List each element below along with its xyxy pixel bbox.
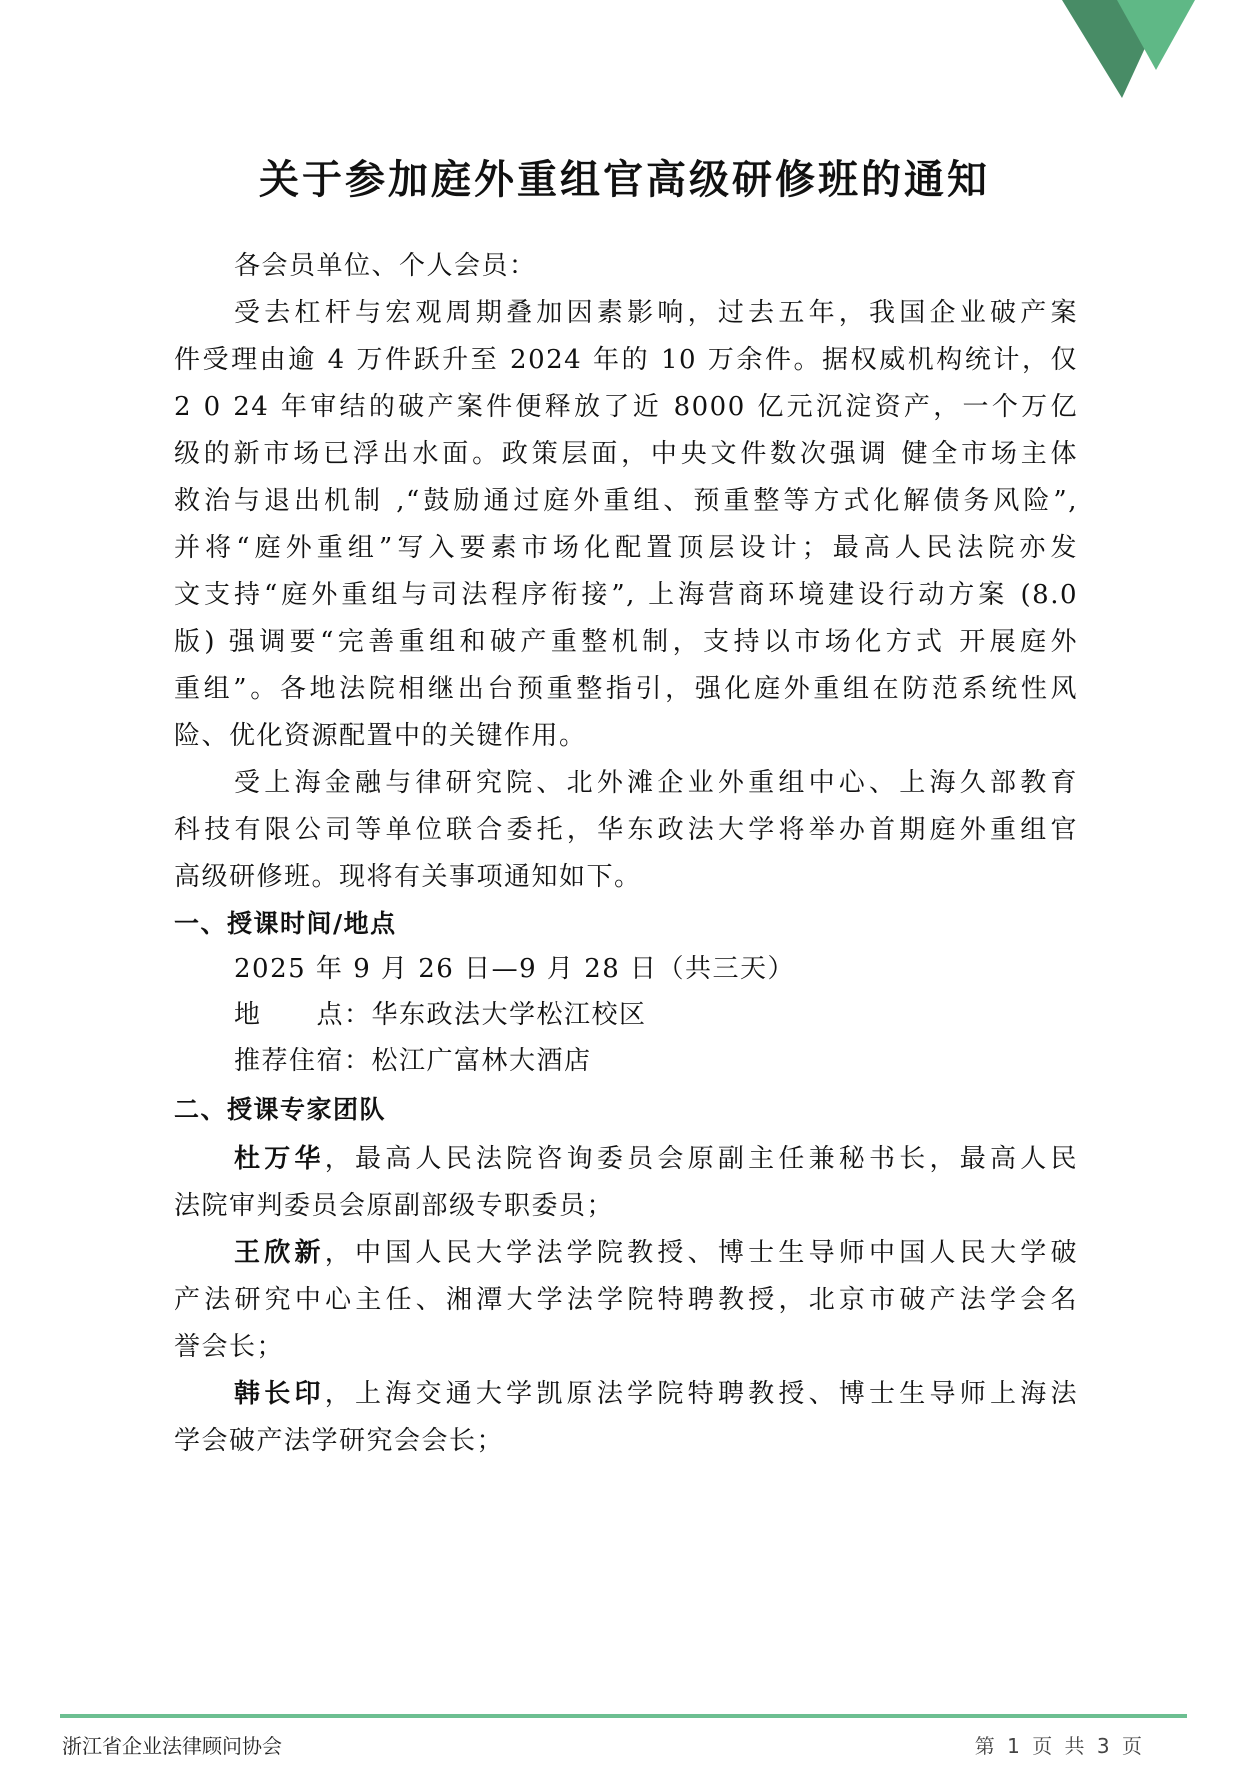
paragraph-1-line: 险、优化资源配置中的关键作用。 (174, 719, 1078, 753)
light-triangle-icon (1117, 0, 1195, 70)
paragraph-1-line: 版) 强调要“完善重组和破产重整机制，支持以市场化方式 开展庭外 (174, 625, 1078, 659)
course-dates: 2025 年 9 月 26 日—9 月 28 日（共三天） (234, 952, 1078, 986)
section-2-heading: 二、授课专家团队 (174, 1093, 1078, 1127)
expert-entry: 韩长印，上海交通大学凯原法学院特聘教授、博士生导师上海法 (234, 1377, 1078, 1411)
expert-entry: 杜万华，最高人民法院咨询委员会原副主任兼秘书长，最高人民 (234, 1142, 1078, 1176)
paragraph-2-line: 高级研修班。现将有关事项通知如下。 (174, 860, 1078, 894)
hotel-label: 推荐住宿： (234, 1046, 372, 1076)
page-number: 第 1 页 共 3 页 (975, 1730, 1145, 1759)
hotel-value: 松江广富林大酒店 (372, 1046, 592, 1076)
recommended-hotel: 推荐住宿：松江广富林大酒店 (234, 1044, 1078, 1078)
expert-description: ，中国人民大学法学院教授、博士生导师中国人民大学破 (325, 1238, 1078, 1268)
page-title: 关于参加庭外重组官高级研修班的通知 (0, 148, 1249, 205)
course-location: 地 点：华东政法大学松江校区 (234, 998, 1078, 1032)
paragraph-1-line: 救治与退出机制 ,“鼓励通过庭外重组、预重整等方式化解债务风险”, (174, 484, 1078, 518)
location-value: 华东政法大学松江校区 (372, 1000, 647, 1030)
salutation: 各会员单位、个人会员： (234, 249, 1078, 283)
paragraph-1-line: 件受理由逾 4 万件跃升至 2024 年的 10 万余件。据权威机构统计，仅 (174, 343, 1078, 377)
paragraph-1-line: 受去杠杆与宏观周期叠加因素影响，过去五年，我国企业破产案 (234, 296, 1078, 330)
expert-entry-line: 誉会长； (174, 1330, 1078, 1364)
expert-description: ，最高人民法院咨询委员会原副主任兼秘书长，最高人民 (325, 1144, 1078, 1174)
footer-organization: 浙江省企业法律顾问协会 (62, 1730, 282, 1759)
expert-entry-line: 产法研究中心主任、湘潭大学法学院特聘教授，北京市破产法学会名 (174, 1283, 1078, 1317)
paragraph-2-line: 科技有限公司等单位联合委托，华东政法大学将举办首期庭外重组官 (174, 813, 1078, 847)
expert-entry-line: 学会破产法学研究会会长； (174, 1424, 1078, 1458)
section-1-heading: 一、授课时间/地点 (174, 907, 1078, 941)
paragraph-1-line: 2 0 24 年审结的破产案件便释放了近 8000 亿元沉淀资产，一个万亿 (174, 390, 1078, 424)
footer-divider (60, 1714, 1187, 1718)
paragraph-1-line: 并将“庭外重组”写入要素市场化配置顶层设计；最高人民法院亦发 (174, 531, 1078, 565)
location-label: 地 点： (234, 1000, 372, 1030)
paragraph-1-line: 级的新市场已浮出水面。政策层面，中央文件数次强调 健全市场主体 (174, 437, 1078, 471)
expert-name: 杜万华 (234, 1144, 325, 1174)
expert-description: ，上海交通大学凯原法学院特聘教授、博士生导师上海法 (325, 1379, 1078, 1409)
paragraph-1-line: 重组”。各地法院相继出台预重整指引，强化庭外重组在防范系统性风 (174, 672, 1078, 706)
expert-name: 王欣新 (234, 1238, 325, 1268)
dark-triangle-icon (1062, 0, 1167, 98)
paragraph-1-line: 文支持“庭外重组与司法程序衔接”, 上海营商环境建设行动方案 (8.0 (174, 578, 1078, 612)
expert-entry: 王欣新，中国人民大学法学院教授、博士生导师中国人民大学破 (234, 1236, 1078, 1270)
corner-triangles-decoration (0, 0, 1249, 110)
expert-name: 韩长印 (234, 1379, 325, 1409)
expert-entry-line: 法院审判委员会原副部级专职委员； (174, 1189, 1078, 1223)
paragraph-2-line: 受上海金融与律研究院、北外滩企业外重组中心、上海久部教育 (234, 766, 1078, 800)
